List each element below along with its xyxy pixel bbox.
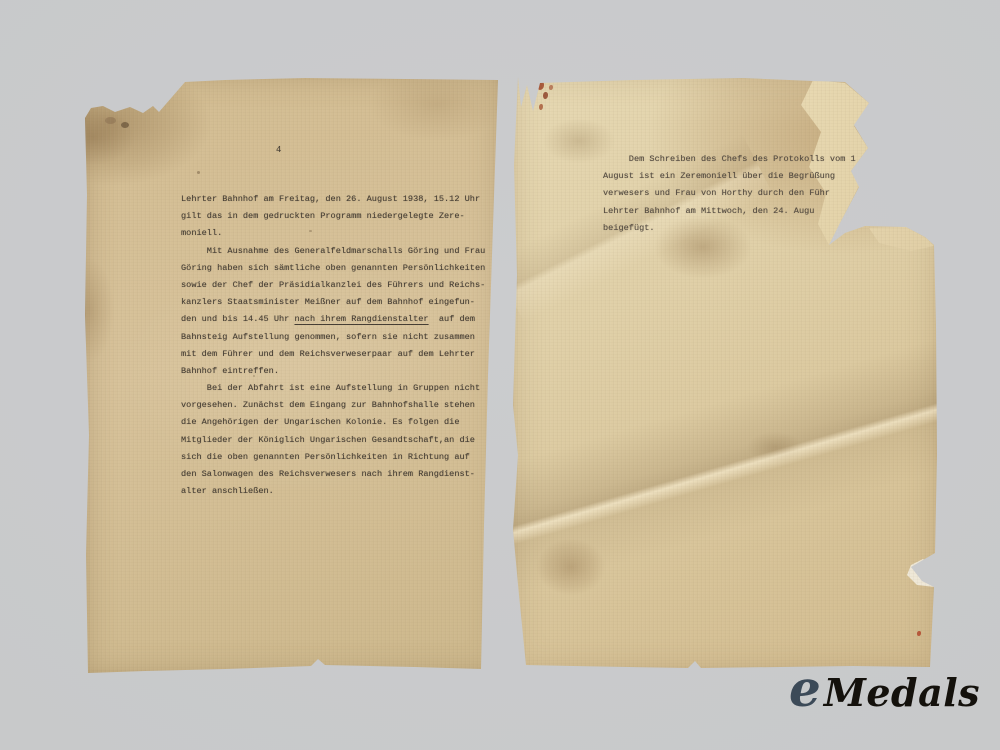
page-number: 4 (276, 145, 281, 155)
typed-line: Bahnsteig Aufstellung genommen, sofern s… (181, 329, 493, 346)
rust-stain (917, 631, 921, 636)
left-page-text: Lehrter Bahnhof am Freitag, den 26. Augu… (181, 191, 493, 500)
rust-stain (549, 85, 553, 90)
typed-line: Bahnhof eintreffen. (181, 363, 493, 380)
rust-stain (543, 92, 548, 99)
typed-line: Mit Ausnahme des Generalfeldmarschalls G… (181, 243, 493, 260)
typed-line: alter anschließen. (181, 483, 493, 500)
typed-line: beigefügt. (603, 220, 903, 237)
typed-line: August ist ein Zeremoniell über die Begr… (603, 168, 903, 185)
typed-line: die Angehörigen der Ungarischen Kolonie.… (181, 414, 493, 431)
typed-line: kanzlers Staatsminister Meißner auf dem … (181, 294, 493, 311)
photo-scene: 4 Lehrter Bahnhof am Freitag, den 26. Au… (0, 0, 1000, 750)
typed-segment: den und bis 14.45 Uhr (181, 314, 294, 324)
typed-line-underlined: den und bis 14.45 Uhr nach ihrem Rangdie… (181, 311, 493, 328)
typed-line: mit dem Führer und dem Reichsverweserpaa… (181, 346, 493, 363)
left-document-page: 4 Lehrter Bahnhof am Freitag, den 26. Au… (85, 75, 500, 674)
typed-line: Dem Schreiben des Chefs des Protokolls v… (603, 151, 903, 168)
typed-line: gilt das in dem gedruckten Programm nied… (181, 208, 493, 225)
typed-segment: auf dem (429, 314, 475, 324)
underlined-phrase: nach ihrem Rangdienstalter (294, 314, 428, 324)
typed-line: moniell. (181, 225, 493, 242)
typed-line: vorgesehen. Zunächst dem Eingang zur Bah… (181, 397, 493, 414)
typed-line: sowie der Chef der Präsidialkanzlei des … (181, 277, 493, 294)
emedals-watermark: eMedals (789, 662, 980, 720)
typed-line: Lehrter Bahnhof am Freitag, den 26. Augu… (181, 191, 493, 208)
stain (105, 117, 116, 124)
rust-stain (539, 104, 543, 110)
stain (121, 122, 129, 128)
typed-line: verwesers und Frau von Horthy durch den … (603, 185, 903, 202)
typed-line: Lehrter Bahnhof am Mittwoch, den 24. Aug… (603, 203, 903, 220)
right-document-page: Dem Schreiben des Chefs des Protokolls v… (513, 75, 937, 670)
typed-line: Göring haben sich sämtliche oben genannt… (181, 260, 493, 277)
rust-stain (537, 81, 544, 90)
typed-line: sich die oben genannten Persönlichkeiten… (181, 449, 493, 466)
emedals-e-glyph: e (789, 659, 821, 718)
typed-line: Mitglieder der Königlich Ungarischen Ges… (181, 432, 493, 449)
stain (197, 171, 200, 174)
torn-edge-fragment (907, 559, 935, 589)
right-page-text: Dem Schreiben des Chefs des Protokolls v… (603, 151, 903, 237)
typed-line: den Salonwagen des Reichsverwesers nach … (181, 466, 493, 483)
typed-line: Bei der Abfahrt ist eine Aufstellung in … (181, 380, 493, 397)
emedals-name: Medals (824, 670, 980, 715)
